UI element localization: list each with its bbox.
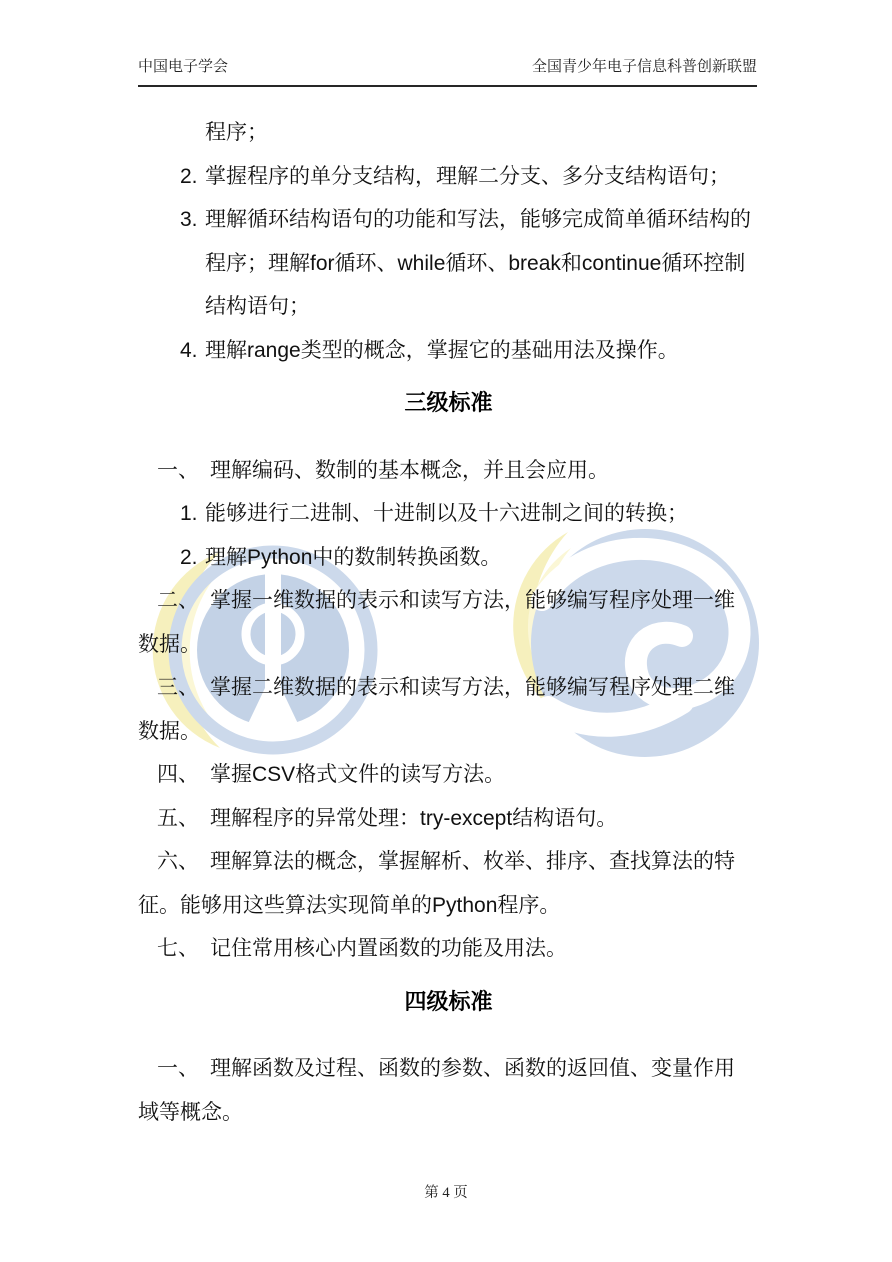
page-header: 中国电子学会 全国青少年电子信息科普创新联盟 — [138, 56, 757, 87]
list-marker: 六、 — [157, 849, 199, 873]
line-text: 结构语句； — [205, 294, 310, 318]
line-text: 记住常用核心内置函数的功能及用法。 — [210, 936, 567, 960]
list-item-line: 一、理解函数及过程、函数的参数、函数的返回值、变量作用 — [138, 1047, 759, 1091]
list-marker: 2. — [180, 155, 205, 199]
list-marker: 3. — [180, 198, 205, 242]
list-marker: 二、 — [157, 588, 199, 612]
document-body: 程序；2.掌握程序的单分支结构，理解二分支、多分支结构语句；3.理解循环结构语句… — [138, 111, 759, 1134]
paragraph-line: 结构语句； — [138, 285, 759, 329]
line-text: 征。能够用这些算法实现简单的Python程序。 — [138, 893, 560, 917]
section-heading: 三级标准 — [138, 381, 759, 425]
line-text: 理解Python中的数制转换函数。 — [205, 545, 501, 569]
line-text: 理解程序的异常处理：try-except结构语句。 — [210, 806, 617, 830]
list-marker: 一、 — [157, 458, 199, 482]
list-marker: 七、 — [157, 936, 199, 960]
line-text: 能够进行二进制、十进制以及十六进制之间的转换； — [205, 501, 688, 525]
list-item-line: 七、记住常用核心内置函数的功能及用法。 — [138, 927, 759, 971]
line-text: 掌握CSV格式文件的读写方法。 — [210, 762, 505, 786]
line-text: 数据。 — [138, 719, 201, 743]
line-text: 理解编码、数制的基本概念，并且会应用。 — [210, 458, 609, 482]
line-text: 程序； — [205, 120, 268, 144]
document-page: 中国电子学会 全国青少年电子信息科普创新联盟 程序；2.掌握程序的单分支结构，理… — [0, 0, 892, 1262]
section-heading: 四级标准 — [138, 980, 759, 1024]
list-item-line: 4.理解range类型的概念，掌握它的基础用法及操作。 — [138, 329, 759, 373]
list-marker: 1. — [180, 492, 205, 536]
line-text: 掌握程序的单分支结构，理解二分支、多分支结构语句； — [205, 164, 730, 188]
list-marker: 2. — [180, 536, 205, 580]
header-left-text: 中国电子学会 — [138, 56, 228, 78]
line-text: 数据。 — [138, 632, 201, 656]
line-text: 掌握一维数据的表示和读写方法，能够编写程序处理一维 — [210, 588, 735, 612]
list-marker: 三、 — [157, 675, 199, 699]
line-text: 理解函数及过程、函数的参数、函数的返回值、变量作用 — [210, 1056, 735, 1080]
paragraph-line: 征。能够用这些算法实现简单的Python程序。 — [138, 884, 759, 928]
header-right-text: 全国青少年电子信息科普创新联盟 — [532, 56, 757, 78]
list-marker: 四、 — [157, 762, 199, 786]
list-marker: 一、 — [157, 1056, 199, 1080]
paragraph-line: 数据。 — [138, 710, 759, 754]
list-item-line: 五、理解程序的异常处理：try-except结构语句。 — [138, 797, 759, 841]
list-marker: 五、 — [157, 806, 199, 830]
list-item-line: 一、理解编码、数制的基本概念，并且会应用。 — [138, 449, 759, 493]
paragraph-line: 数据。 — [138, 623, 759, 667]
list-marker: 4. — [180, 329, 205, 373]
paragraph-line: 域等概念。 — [138, 1091, 759, 1135]
line-text: 掌握二维数据的表示和读写方法，能够编写程序处理二维 — [210, 675, 735, 699]
paragraph-line: 程序；理解for循环、while循环、break和continue循环控制 — [138, 242, 759, 286]
line-text: 理解range类型的概念，掌握它的基础用法及操作。 — [205, 338, 679, 362]
list-item-line: 二、掌握一维数据的表示和读写方法，能够编写程序处理一维 — [138, 579, 759, 623]
page-footer: 第 4 页 — [0, 1184, 892, 1202]
list-item-line: 四、掌握CSV格式文件的读写方法。 — [138, 753, 759, 797]
paragraph-line: 程序； — [138, 111, 759, 155]
list-item-line: 2.理解Python中的数制转换函数。 — [138, 536, 759, 580]
line-text: 域等概念。 — [138, 1100, 243, 1124]
list-item-line: 3.理解循环结构语句的功能和写法，能够完成简单循环结构的 — [138, 198, 759, 242]
line-text: 理解循环结构语句的功能和写法，能够完成简单循环结构的 — [205, 207, 751, 231]
list-item-line: 三、掌握二维数据的表示和读写方法，能够编写程序处理二维 — [138, 666, 759, 710]
list-item-line: 六、理解算法的概念，掌握解析、枚举、排序、查找算法的特 — [138, 840, 759, 884]
list-item-line: 2.掌握程序的单分支结构，理解二分支、多分支结构语句； — [138, 155, 759, 199]
page-number-label: 第 4 页 — [424, 1185, 468, 1201]
line-text: 理解算法的概念，掌握解析、枚举、排序、查找算法的特 — [210, 849, 735, 873]
line-text: 程序；理解for循环、while循环、break和continue循环控制 — [205, 251, 745, 275]
list-item-line: 1.能够进行二进制、十进制以及十六进制之间的转换； — [138, 492, 759, 536]
